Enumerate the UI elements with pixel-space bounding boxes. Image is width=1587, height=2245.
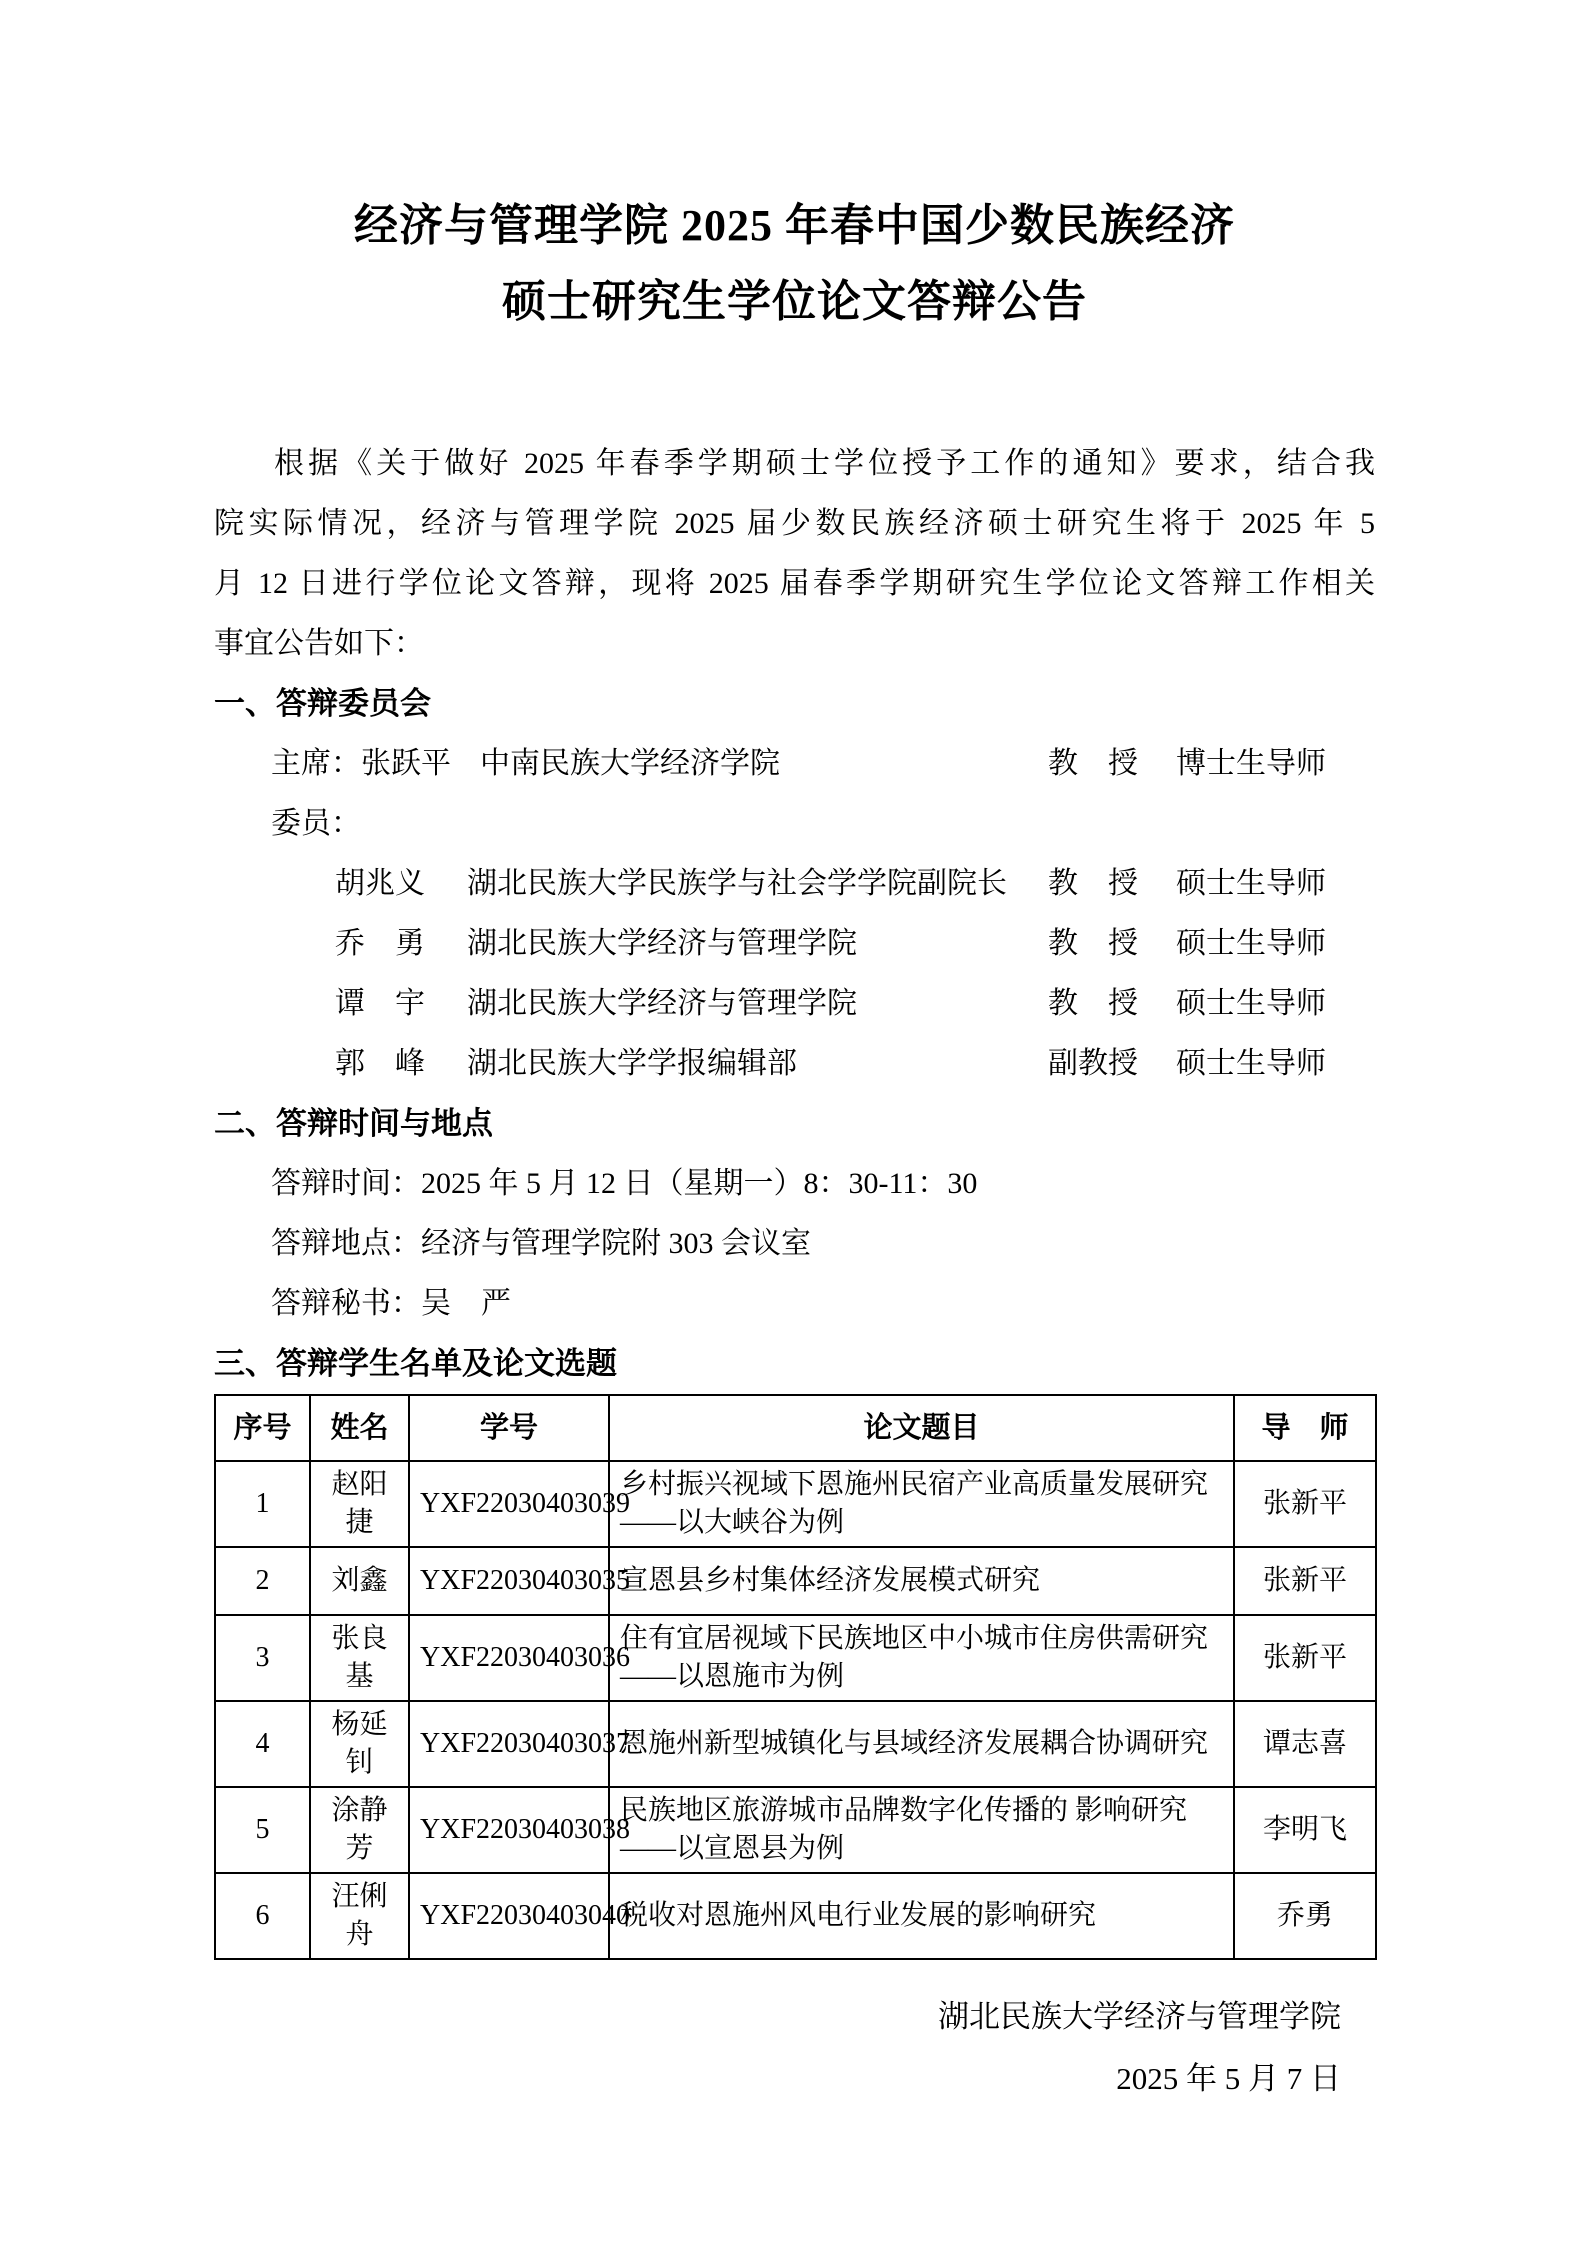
- table-row: 1 赵阳捷 YXF22030403039 乡村振兴视域下恩施州民宿产业高质量发展…: [215, 1461, 1376, 1547]
- member-role: 硕士生导师: [1176, 1034, 1375, 1094]
- defense-place: 答辩地点：经济与管理学院附 303 会议室: [214, 1214, 1375, 1274]
- member-role: 硕士生导师: [1176, 914, 1375, 974]
- committee-member-row: 胡兆义 湖北民族大学民族学与社会学学院副院长 教 授 硕士生导师: [214, 854, 1375, 914]
- member-title: 教 授: [1048, 914, 1176, 974]
- member-role: 硕士生导师: [1176, 974, 1375, 1034]
- chair-role: 博士生导师: [1176, 734, 1375, 794]
- section1-heading: 一、答辩委员会: [214, 674, 1375, 734]
- intro-line-2: 院实际情况，经济与管理学院 2025 届少数民族经济硕士研究生将于 2025 年…: [214, 494, 1375, 554]
- cell-sid: YXF22030403037: [409, 1701, 609, 1787]
- cell-no: 3: [215, 1615, 310, 1701]
- footer-date: 2025 年 5 月 7 日: [214, 2048, 1341, 2110]
- cell-sid: YXF22030403038: [409, 1787, 609, 1873]
- table-row: 6 汪俐舟 YXF22030403040 税收对恩施州风电行业发展的影响研究 乔…: [215, 1873, 1376, 1959]
- member-name: 郭 峰: [335, 1034, 467, 1094]
- table-header-row: 序号 姓名 学号 论文题目 导 师: [215, 1395, 1376, 1461]
- defense-time: 答辩时间：2025 年 5 月 12 日（星期一）8：30-11：30: [214, 1154, 1375, 1214]
- cell-title: 税收对恩施州风电行业发展的影响研究: [609, 1873, 1234, 1959]
- intro-line-1: 根据《关于做好 2025 年春季学期硕士学位授予工作的通知》要求，结合我: [214, 434, 1375, 494]
- cell-sid: YXF22030403036: [409, 1615, 609, 1701]
- committee-member-row: 乔 勇 湖北民族大学经济与管理学院 教 授 硕士生导师: [214, 914, 1375, 974]
- header-sid: 学号: [409, 1395, 609, 1461]
- document-title-line1: 经济与管理学院 2025 年春中国少数民族经济: [214, 188, 1375, 264]
- cell-advisor: 张新平: [1234, 1461, 1376, 1547]
- intro-line-4: 事宜公告如下：: [214, 614, 1375, 674]
- member-name: 乔 勇: [335, 914, 467, 974]
- cell-advisor: 张新平: [1234, 1547, 1376, 1615]
- cell-advisor: 谭志喜: [1234, 1701, 1376, 1787]
- member-org: 湖北民族大学民族学与社会学学院副院长: [467, 854, 1048, 914]
- cell-name: 杨延钊: [310, 1701, 409, 1787]
- cell-no: 1: [215, 1461, 310, 1547]
- cell-name: 张良基: [310, 1615, 409, 1701]
- cell-title: 恩施州新型城镇化与县域经济发展耦合协调研究: [609, 1701, 1234, 1787]
- chair-title: 教 授: [1048, 734, 1176, 794]
- committee-member-row: 郭 峰 湖北民族大学学报编辑部 副教授 硕士生导师: [214, 1034, 1375, 1094]
- member-name: 胡兆义: [335, 854, 467, 914]
- students-table: 序号 姓名 学号 论文题目 导 师 1 赵阳捷 YXF22030403039 乡…: [214, 1394, 1377, 1960]
- cell-title: 民族地区旅游城市品牌数字化传播的 影响研究——以宣恩县为例: [609, 1787, 1234, 1873]
- document-page: 经济与管理学院 2025 年春中国少数民族经济 硕士研究生学位论文答辩公告 根据…: [0, 0, 1587, 2245]
- committee-chair-row: 主席：张跃平 中南民族大学经济学院 教 授 博士生导师: [214, 734, 1375, 794]
- document-title-line2: 硕士研究生学位论文答辩公告: [214, 264, 1375, 340]
- cell-no: 5: [215, 1787, 310, 1873]
- member-name: 谭 宇: [335, 974, 467, 1034]
- cell-no: 2: [215, 1547, 310, 1615]
- document-content: 经济与管理学院 2025 年春中国少数民族经济 硕士研究生学位论文答辩公告 根据…: [214, 0, 1375, 2110]
- member-title: 教 授: [1048, 974, 1176, 1034]
- cell-name: 刘鑫: [310, 1547, 409, 1615]
- cell-name: 涂静芳: [310, 1787, 409, 1873]
- cell-sid: YXF22030403039: [409, 1461, 609, 1547]
- intro-paragraph: 根据《关于做好 2025 年春季学期硕士学位授予工作的通知》要求，结合我 院实际…: [214, 434, 1375, 674]
- cell-advisor: 乔勇: [1234, 1873, 1376, 1959]
- document-footer: 湖北民族大学经济与管理学院 2025 年 5 月 7 日: [214, 1986, 1375, 2110]
- defense-secretary: 答辩秘书：吴 严: [214, 1274, 1375, 1334]
- table-row: 4 杨延钊 YXF22030403037 恩施州新型城镇化与县域经济发展耦合协调…: [215, 1701, 1376, 1787]
- section2-heading: 二、答辩时间与地点: [214, 1094, 1375, 1154]
- cell-title: 宣恩县乡村集体经济发展模式研究: [609, 1547, 1234, 1615]
- intro-line-3: 月 12 日进行学位论文答辩，现将 2025 届春季学期研究生学位论文答辩工作相…: [214, 554, 1375, 614]
- cell-sid: YXF22030403040: [409, 1873, 609, 1959]
- table-row: 5 涂静芳 YXF22030403038 民族地区旅游城市品牌数字化传播的 影响…: [215, 1787, 1376, 1873]
- cell-title: 乡村振兴视域下恩施州民宿产业高质量发展研究——以大峡谷为例: [609, 1461, 1234, 1547]
- member-role: 硕士生导师: [1176, 854, 1375, 914]
- member-org: 湖北民族大学学报编辑部: [467, 1034, 1048, 1094]
- header-title: 论文题目: [609, 1395, 1234, 1461]
- committee-member-row: 谭 宇 湖北民族大学经济与管理学院 教 授 硕士生导师: [214, 974, 1375, 1034]
- cell-name: 汪俐舟: [310, 1873, 409, 1959]
- cell-title: 住有宜居视域下民族地区中小城市住房供需研究——以恩施市为例: [609, 1615, 1234, 1701]
- cell-advisor: 李明飞: [1234, 1787, 1376, 1873]
- footer-organization: 湖北民族大学经济与管理学院: [214, 1986, 1341, 2048]
- member-org: 湖北民族大学经济与管理学院: [467, 914, 1048, 974]
- cell-no: 4: [215, 1701, 310, 1787]
- header-no: 序号: [215, 1395, 310, 1461]
- member-title: 教 授: [1048, 854, 1176, 914]
- header-advisor: 导 师: [1234, 1395, 1376, 1461]
- cell-sid: YXF22030403035: [409, 1547, 609, 1615]
- member-org: 湖北民族大学经济与管理学院: [467, 974, 1048, 1034]
- chair-org: 中南民族大学经济学院: [480, 734, 1048, 794]
- member-title: 副教授: [1048, 1034, 1176, 1094]
- cell-advisor: 张新平: [1234, 1615, 1376, 1701]
- section3-heading: 三、答辩学生名单及论文选题: [214, 1334, 1375, 1394]
- chair-name: 主席：张跃平: [271, 734, 480, 794]
- table-row: 3 张良基 YXF22030403036 住有宜居视域下民族地区中小城市住房供需…: [215, 1615, 1376, 1701]
- table-row: 2 刘鑫 YXF22030403035 宣恩县乡村集体经济发展模式研究 张新平: [215, 1547, 1376, 1615]
- header-name: 姓名: [310, 1395, 409, 1461]
- cell-no: 6: [215, 1873, 310, 1959]
- cell-name: 赵阳捷: [310, 1461, 409, 1547]
- members-label: 委员：: [214, 794, 1375, 854]
- document-title: 经济与管理学院 2025 年春中国少数民族经济 硕士研究生学位论文答辩公告: [214, 188, 1375, 340]
